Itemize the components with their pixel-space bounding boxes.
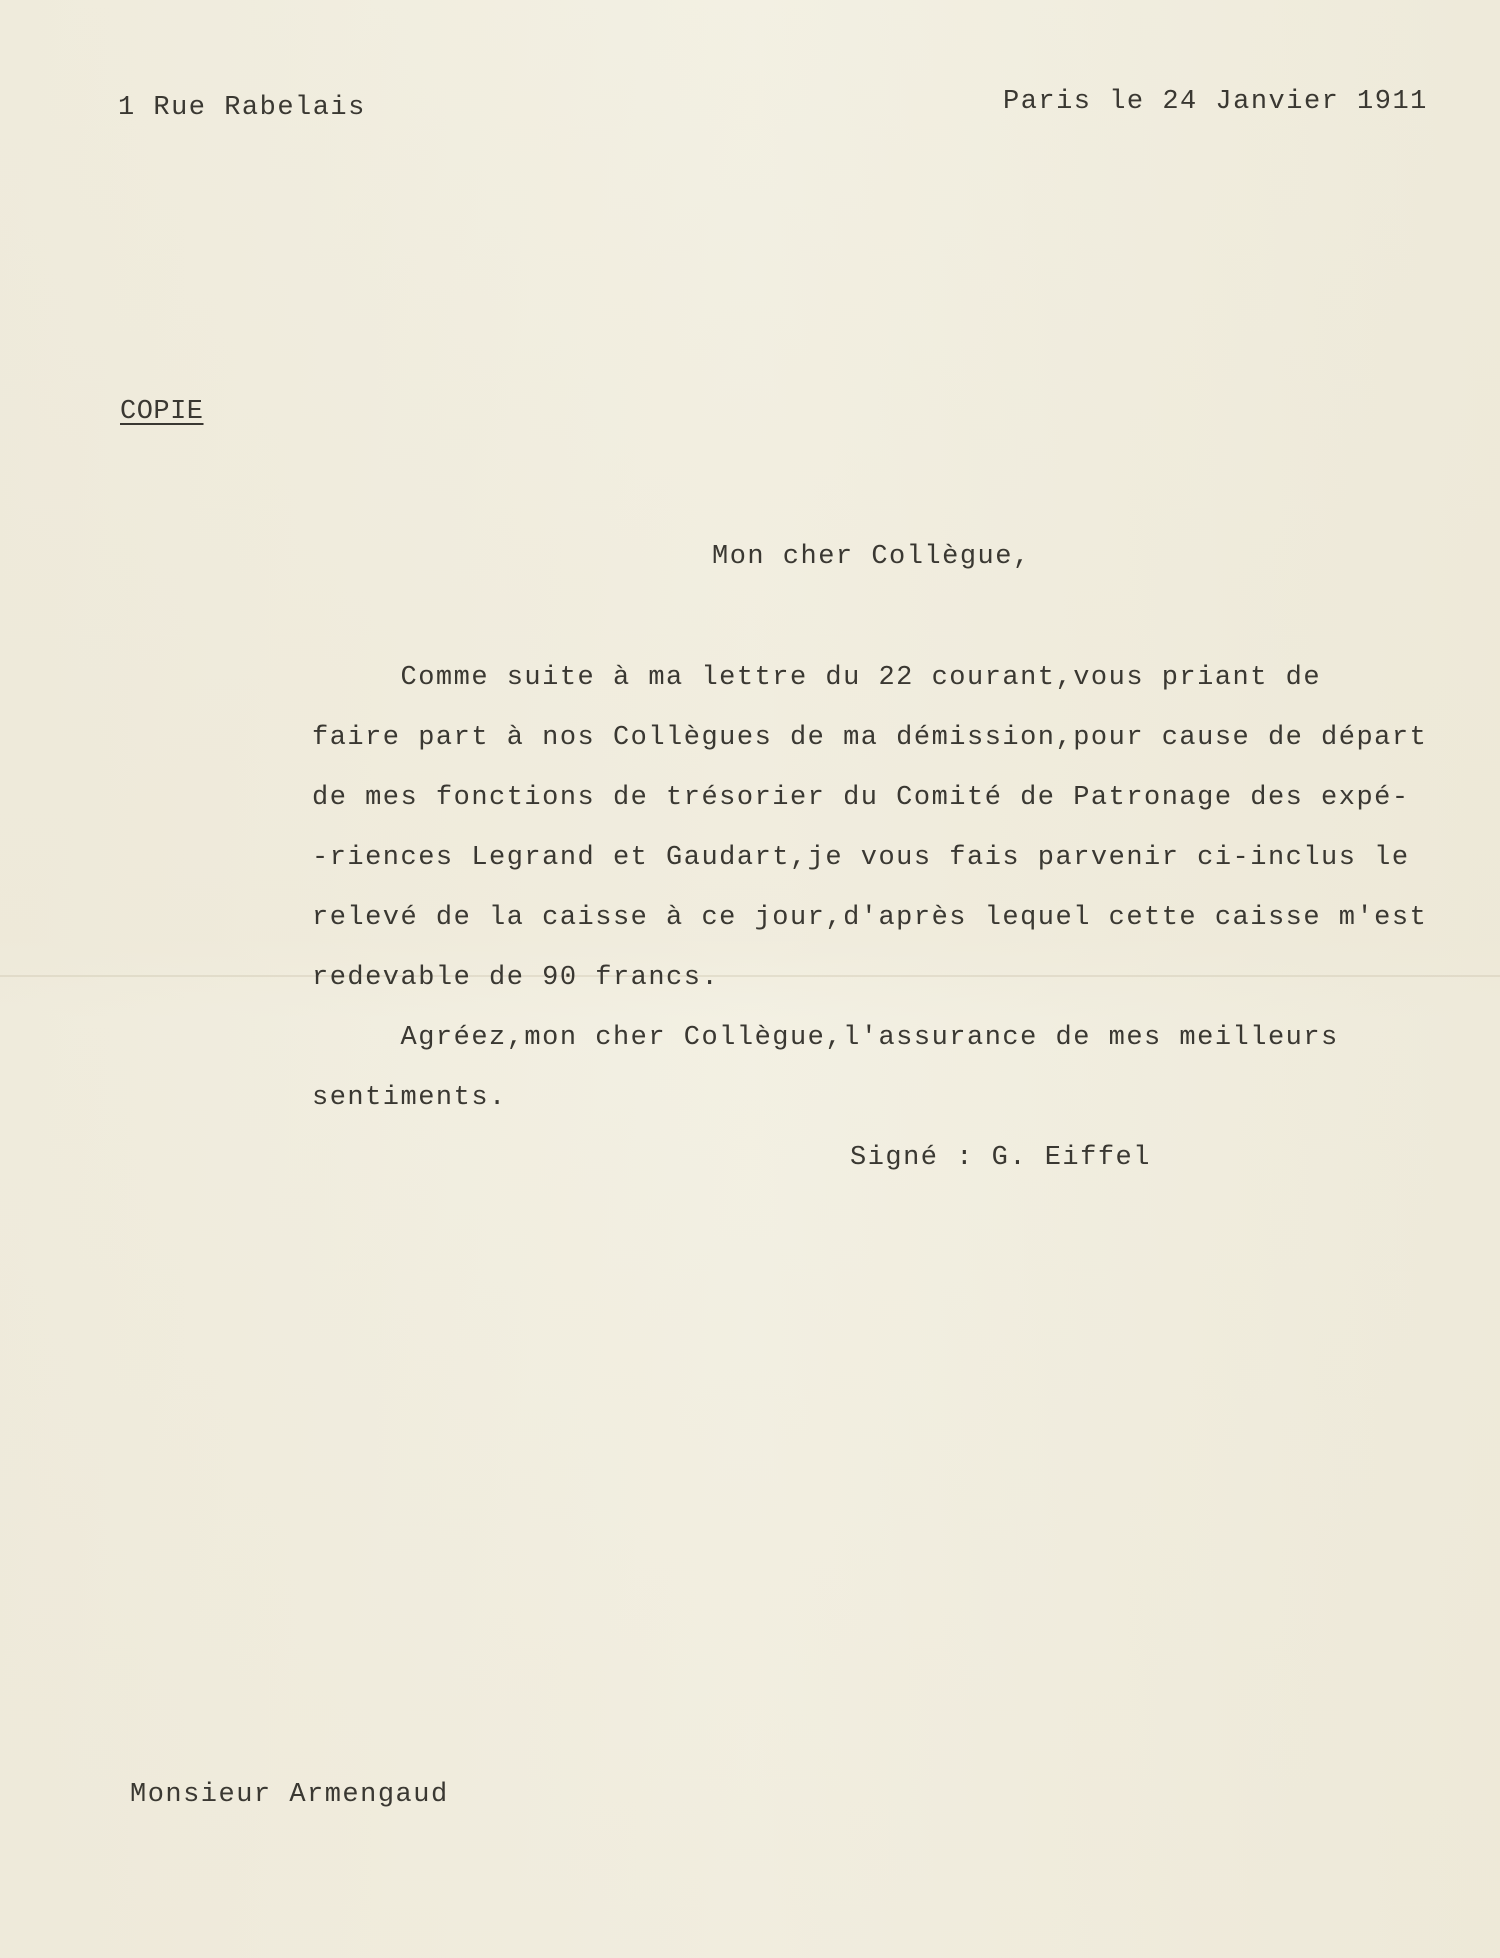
body-line: faire part à nos Collègues de ma démissi…	[312, 723, 1427, 753]
body-line: Agréez,mon cher Collègue,l'assurance de …	[312, 1023, 1339, 1053]
body-line: de mes fonctions de trésorier du Comité …	[312, 783, 1410, 813]
body-line: -riences Legrand et Gaudart,je vous fais…	[312, 843, 1410, 873]
body-line: Comme suite à ma lettre du 22 courant,vo…	[312, 663, 1321, 693]
body-line: sentiments.	[312, 1083, 507, 1113]
sender-address: 1 Rue Rabelais	[118, 93, 366, 123]
signature: Signé : G. Eiffel	[850, 1143, 1151, 1173]
body-line: relevé de la caisse à ce jour,d'après le…	[312, 903, 1427, 933]
body-line: redevable de 90 francs.	[312, 963, 719, 993]
salutation: Mon cher Collègue,	[712, 542, 1031, 572]
copy-label: COPIE	[120, 397, 204, 427]
paper-fold-line	[0, 975, 1500, 977]
letter-page: 1 Rue Rabelais Paris le 24 Janvier 1911 …	[0, 0, 1500, 1958]
recipient: Monsieur Armengaud	[130, 1780, 449, 1810]
place-date: Paris le 24 Janvier 1911	[1003, 87, 1428, 117]
